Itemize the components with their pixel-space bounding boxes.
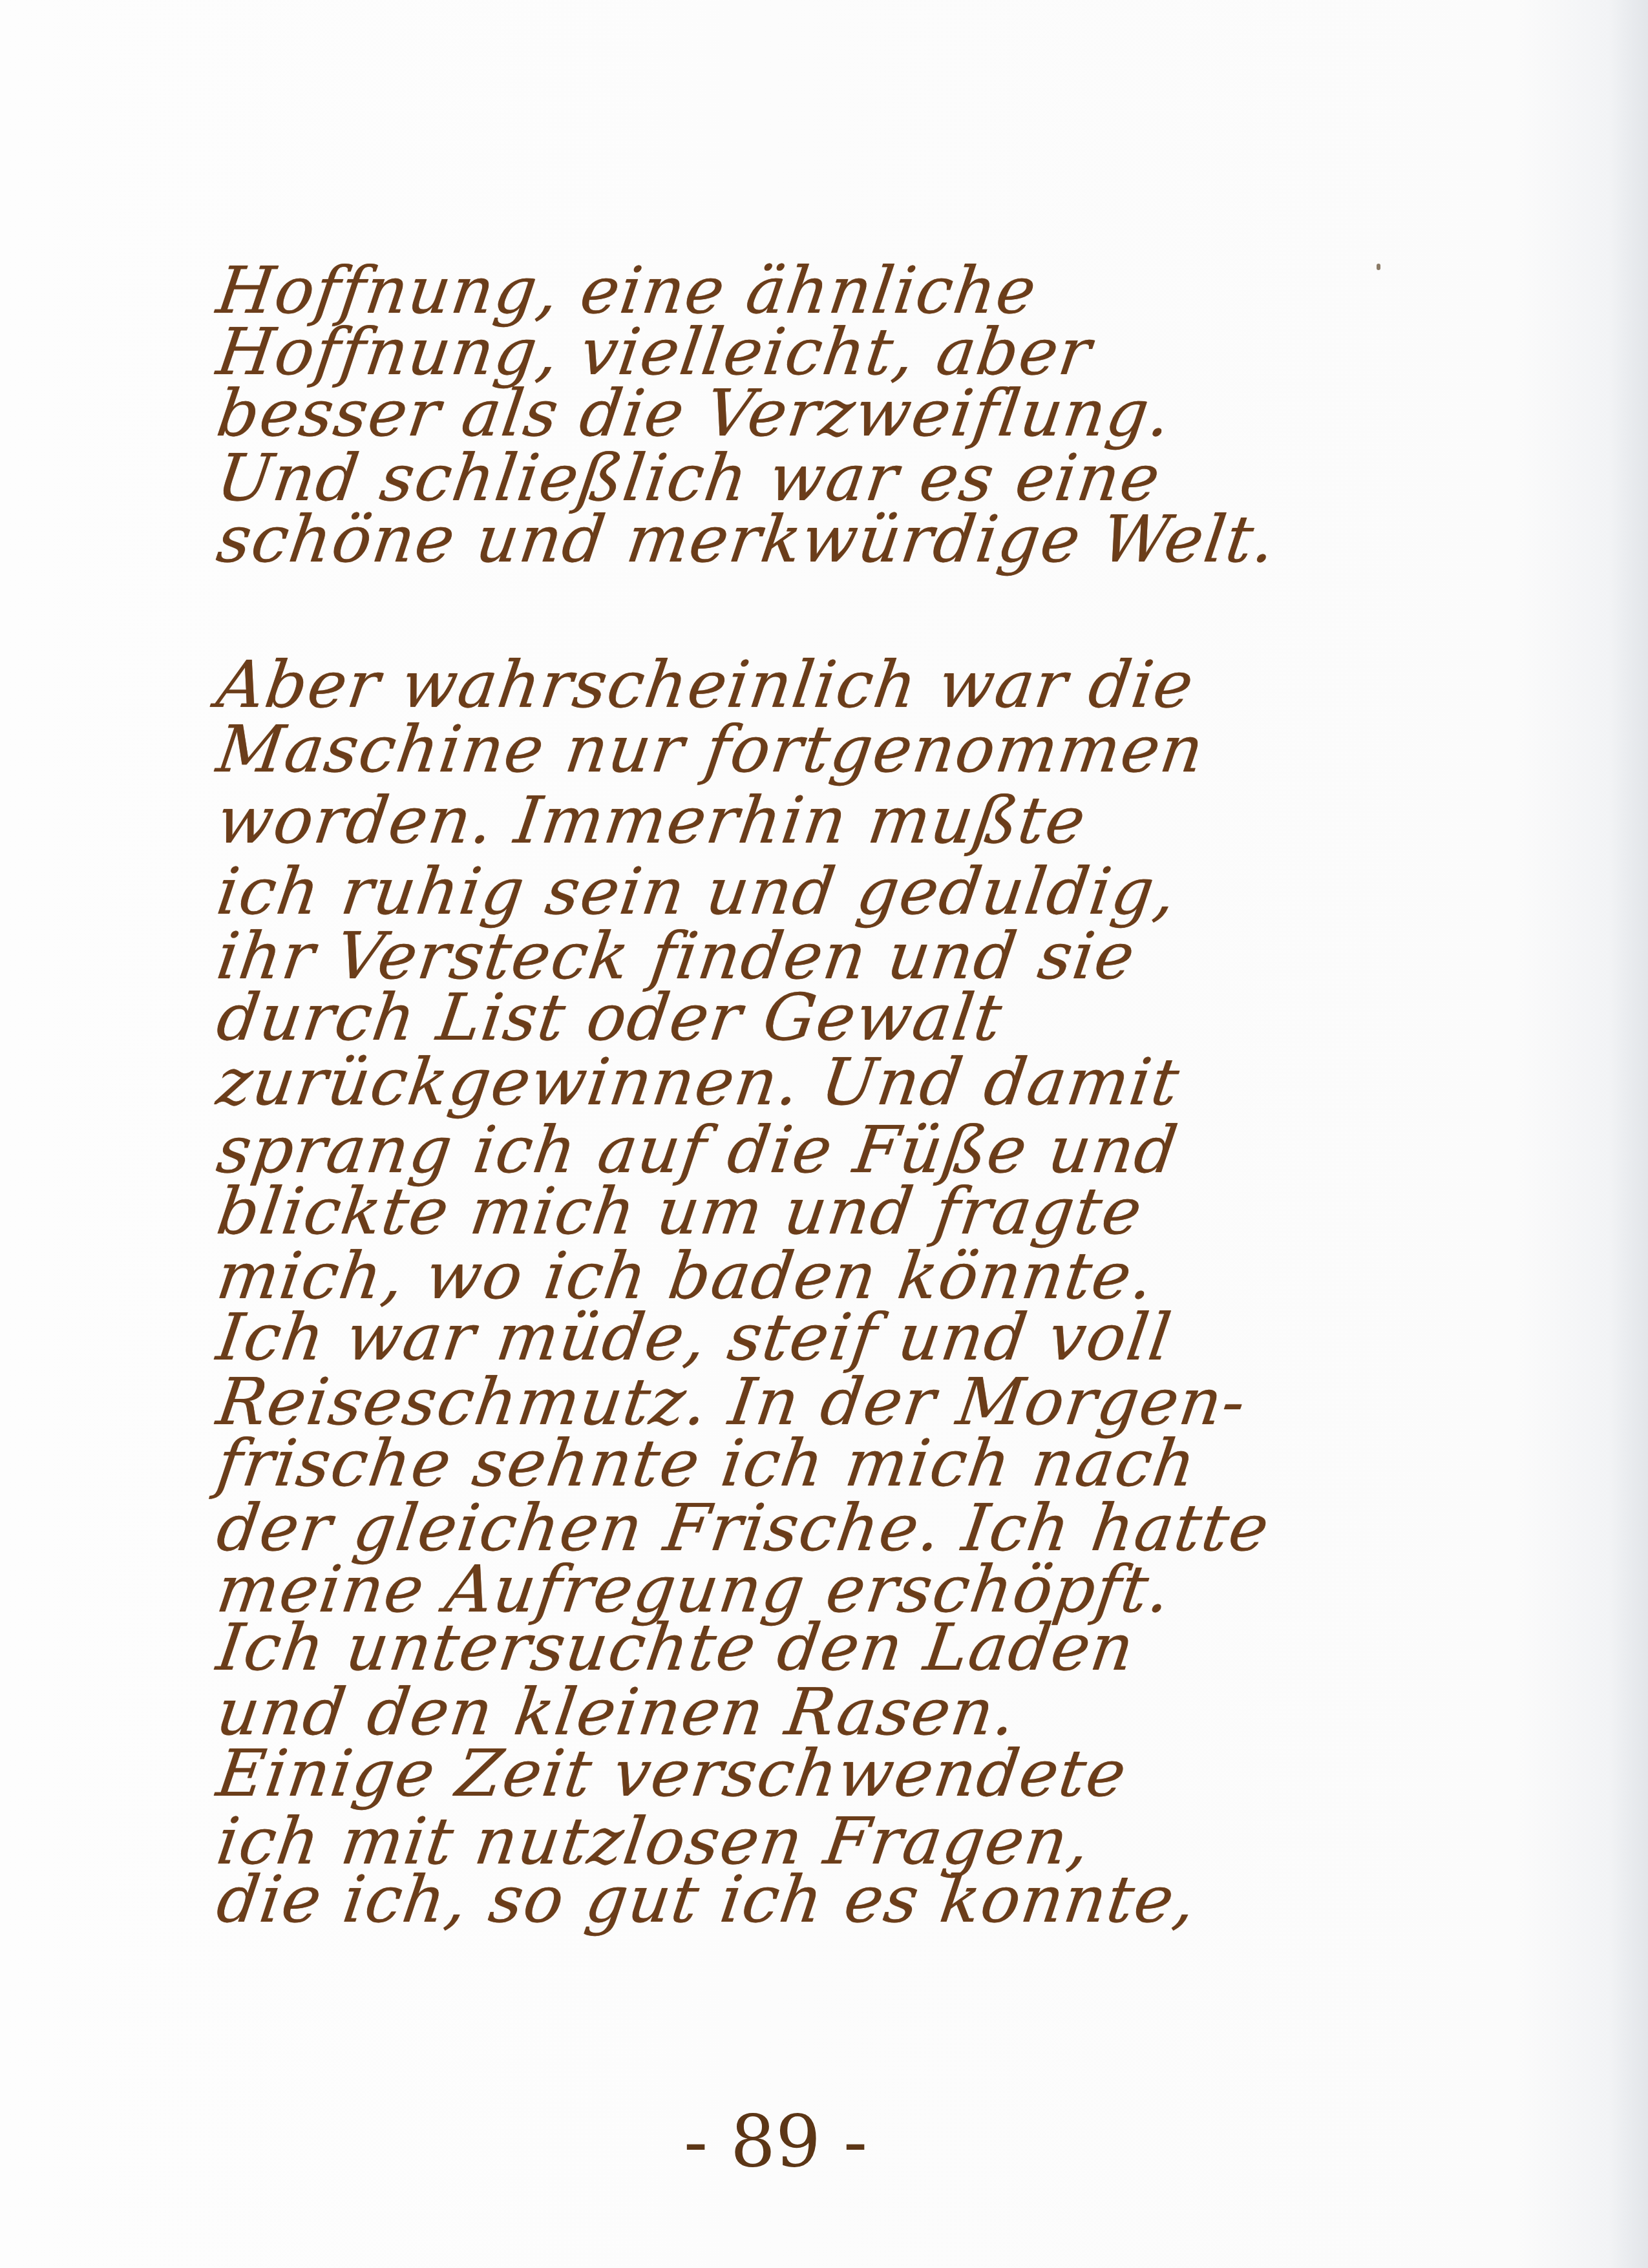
text-line: Aber wahrscheinlich war die [213,653,1198,717]
text-line: ich ruhig sein und geduldig, [213,859,1181,924]
text-line: besser als die Verzweiflung. [213,381,1176,446]
ink-speck [1377,264,1380,270]
text-line: schöne und merkwürdige Welt. [213,507,1280,572]
page-edge-shadow [1609,0,1648,2268]
text-line: und den kleinen Rasen. [213,1680,1020,1745]
text-line: Hoffnung, vielleicht, aber [213,320,1096,384]
text-line: ihr Versteck finden und sie [213,924,1139,989]
text-line: Maschine nur fortgenommen [213,717,1209,782]
text-line: worden. Immerhin mußte [213,788,1090,853]
text-line: Hoffnung, eine ähnliche [213,258,1041,323]
text-line: Und schließlich war es eine [213,446,1165,510]
text-line: frische sehnte ich mich nach [213,1431,1201,1496]
text-line: Ich war müde, steif und voll [213,1305,1176,1370]
manuscript-page: Hoffnung, eine ähnliche Hoffnung, vielle… [0,0,1648,2268]
text-line: sprang ich auf die Füße und [213,1118,1182,1182]
text-line: zurückgewinnen. Und damit [213,1050,1184,1115]
text-line: mich, wo ich baden könnte. [213,1244,1158,1308]
text-line: der gleichen Frische. Ich hatte [213,1496,1274,1560]
text-line: blickte mich um und fragte [213,1179,1146,1244]
text-line: die ich, so gut ich es konnte, [213,1867,1201,1932]
text-line: Reiseschmutz. In der Morgen- [213,1370,1251,1434]
text-line: durch List oder Gewalt [213,985,1007,1050]
page-number: - 89 - [646,2100,905,2183]
text-line: Ich untersuchte den Laden [213,1615,1139,1680]
text-line: Einige Zeit verschwendete [213,1741,1131,1806]
